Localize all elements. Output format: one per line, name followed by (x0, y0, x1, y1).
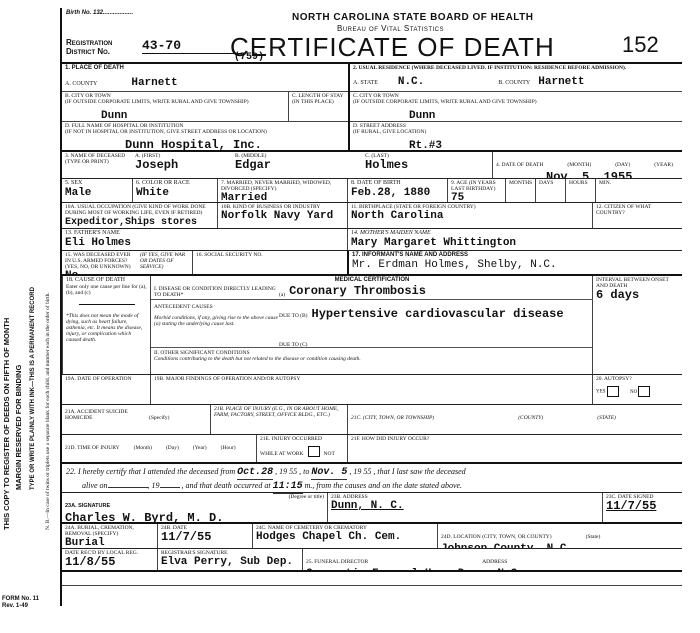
residence-county: Harnett (538, 76, 584, 88)
sex-value: Male (65, 187, 129, 200)
armed-forces-row: 15. WAS DECEASED EVER IN U.S. ARMED FORC… (62, 250, 682, 274)
burial-type: Burial (65, 537, 154, 548)
injury-row-1: 21a. ACCIDENT SUICIDE HOMICIDE (Specify)… (62, 404, 682, 434)
margin-instruction-2: MARGIN RESERVED FOR BINDING (14, 365, 23, 490)
at-work-checkbox[interactable] (308, 446, 320, 457)
physician-certification: 22. I hereby certify that I attended the… (62, 462, 682, 492)
date-of-death: 4. DATE OF DEATH (Month) (Day) (Year) No… (492, 152, 682, 178)
mother-maiden-name: Mary Margaret Whittington (351, 237, 679, 250)
business-value: Norfolk Navy Yard (221, 210, 344, 223)
margin-instruction-3: TYPE OR WRITE PLAINLY WITH INK—THIS IS A… (30, 287, 36, 490)
margin-instruction-1: THIS COPY TO REGISTER OF DEEDS ON FIFTH … (2, 318, 11, 530)
bottom-rule (62, 572, 682, 586)
father-name: Eli Holmes (65, 237, 344, 250)
page-title: CERTIFICATE OF DEATH (230, 32, 555, 63)
middle-name: Edgar (235, 159, 359, 172)
sex-race-row: 5. SEX Male 6. COLOR OR RACE White 7. MA… (62, 178, 682, 202)
death-county: Harnett (131, 77, 177, 89)
date-signed: 11/7/55 (606, 500, 679, 513)
interval-value: 6 days (596, 289, 679, 302)
cause-of-death-section: MEDICAL CERTIFICATION 18. CAUSE OF DEATH… (62, 274, 682, 374)
place-residence-section: 1. PLACE OF DEATH a. COUNTY Harnett b. C… (62, 62, 682, 150)
attended-from: Oct.28 (237, 466, 273, 480)
residence-state: N.C. (398, 76, 424, 88)
operation-row: 19a. DATE OF OPERATION 19b. MAJOR FINDIN… (62, 374, 682, 404)
residence-city: Dunn (409, 110, 435, 122)
birth-date: Feb.28, 1880 (351, 187, 444, 200)
registrar-row: DATE REC'D BY LOCAL REG. 11/8/55 REGISTR… (62, 548, 682, 572)
occupation-row: 10a. USUAL OCCUPATION (Give kind of work… (62, 202, 682, 228)
occupation-value: Expeditor,Ships stores (65, 216, 214, 228)
age-value: 75 (451, 192, 502, 202)
cemetery-name: Hodges Chapel Ch. Cem. (256, 531, 434, 544)
cause-a: Coronary Thrombosis (289, 285, 426, 298)
registration-district: 43-70 (142, 38, 242, 54)
physician-address: Dunn, N. C. (331, 500, 599, 513)
certificate-number: 152 (622, 32, 659, 58)
informant-value: Mr. Erdman Holmes, Shelby, N.C. (352, 259, 679, 272)
first-name: Joseph (135, 159, 229, 172)
residence-street: Rt.#3 (409, 140, 442, 150)
margin-instruction-4: N. B.—In case of twins or triplets use a… (45, 292, 51, 530)
parents-row: 13. FATHER'S NAME Eli Holmes 14. MOTHER'… (62, 228, 682, 250)
birth-number: Birth No. 132.................. (66, 10, 133, 16)
hospital-name: Dunn Hospital, Inc. (125, 138, 262, 150)
name-row: 3. NAME OF DECEASED (Type or Print) a. (… (62, 150, 682, 178)
form-number: FORM No. 11 Rev. 1-49 (2, 596, 39, 610)
birthplace-value: North Carolina (351, 210, 589, 223)
registration-label: Registration District No. (66, 38, 112, 56)
autopsy-no-checkbox[interactable] (638, 386, 650, 397)
date-received: 11/8/55 (65, 556, 154, 569)
attended-to: Nov. 5 (311, 466, 347, 480)
race-value: White (136, 187, 214, 200)
injury-row-2: 21d. TIME OF INJURY (Month) (Day) (Year)… (62, 434, 682, 462)
place-of-death: 1. PLACE OF DEATH a. COUNTY Harnett b. C… (62, 64, 348, 150)
registrar-signature: Elva Perry, Sub Dep. (161, 556, 299, 569)
death-city: Dunn (101, 110, 127, 122)
certificate-header: Birth No. 132.................. Registra… (62, 8, 682, 62)
signature-row: 23a. SIGNATURE (Degree or title) Charles… (62, 492, 682, 522)
burial-row: 24a. BURIAL, CREMATION, REMOVAL (Specify… (62, 522, 682, 548)
physician-signature: Charles W. Byrd, M. D. (65, 512, 324, 522)
funeral-director: Cromartie Funeral Home-Dunn, N.C. (306, 568, 679, 570)
death-certificate: Birth No. 132.................. Registra… (62, 8, 682, 586)
usual-residence: 2. USUAL RESIDENCE (Where deceased lived… (348, 64, 682, 150)
cause-b: Hypertensive cardiovascular disease (312, 307, 564, 321)
board-name: NORTH CAROLINA STATE BOARD OF HEALTH (292, 12, 534, 23)
binding-margin: THIS COPY TO REGISTER OF DEEDS ON FIFTH … (0, 90, 60, 530)
autopsy-yes-checkbox[interactable] (607, 386, 619, 397)
last-name: Holmes (365, 159, 489, 172)
marital-status: Married (221, 192, 344, 202)
burial-date: 11/7/55 (161, 531, 249, 544)
